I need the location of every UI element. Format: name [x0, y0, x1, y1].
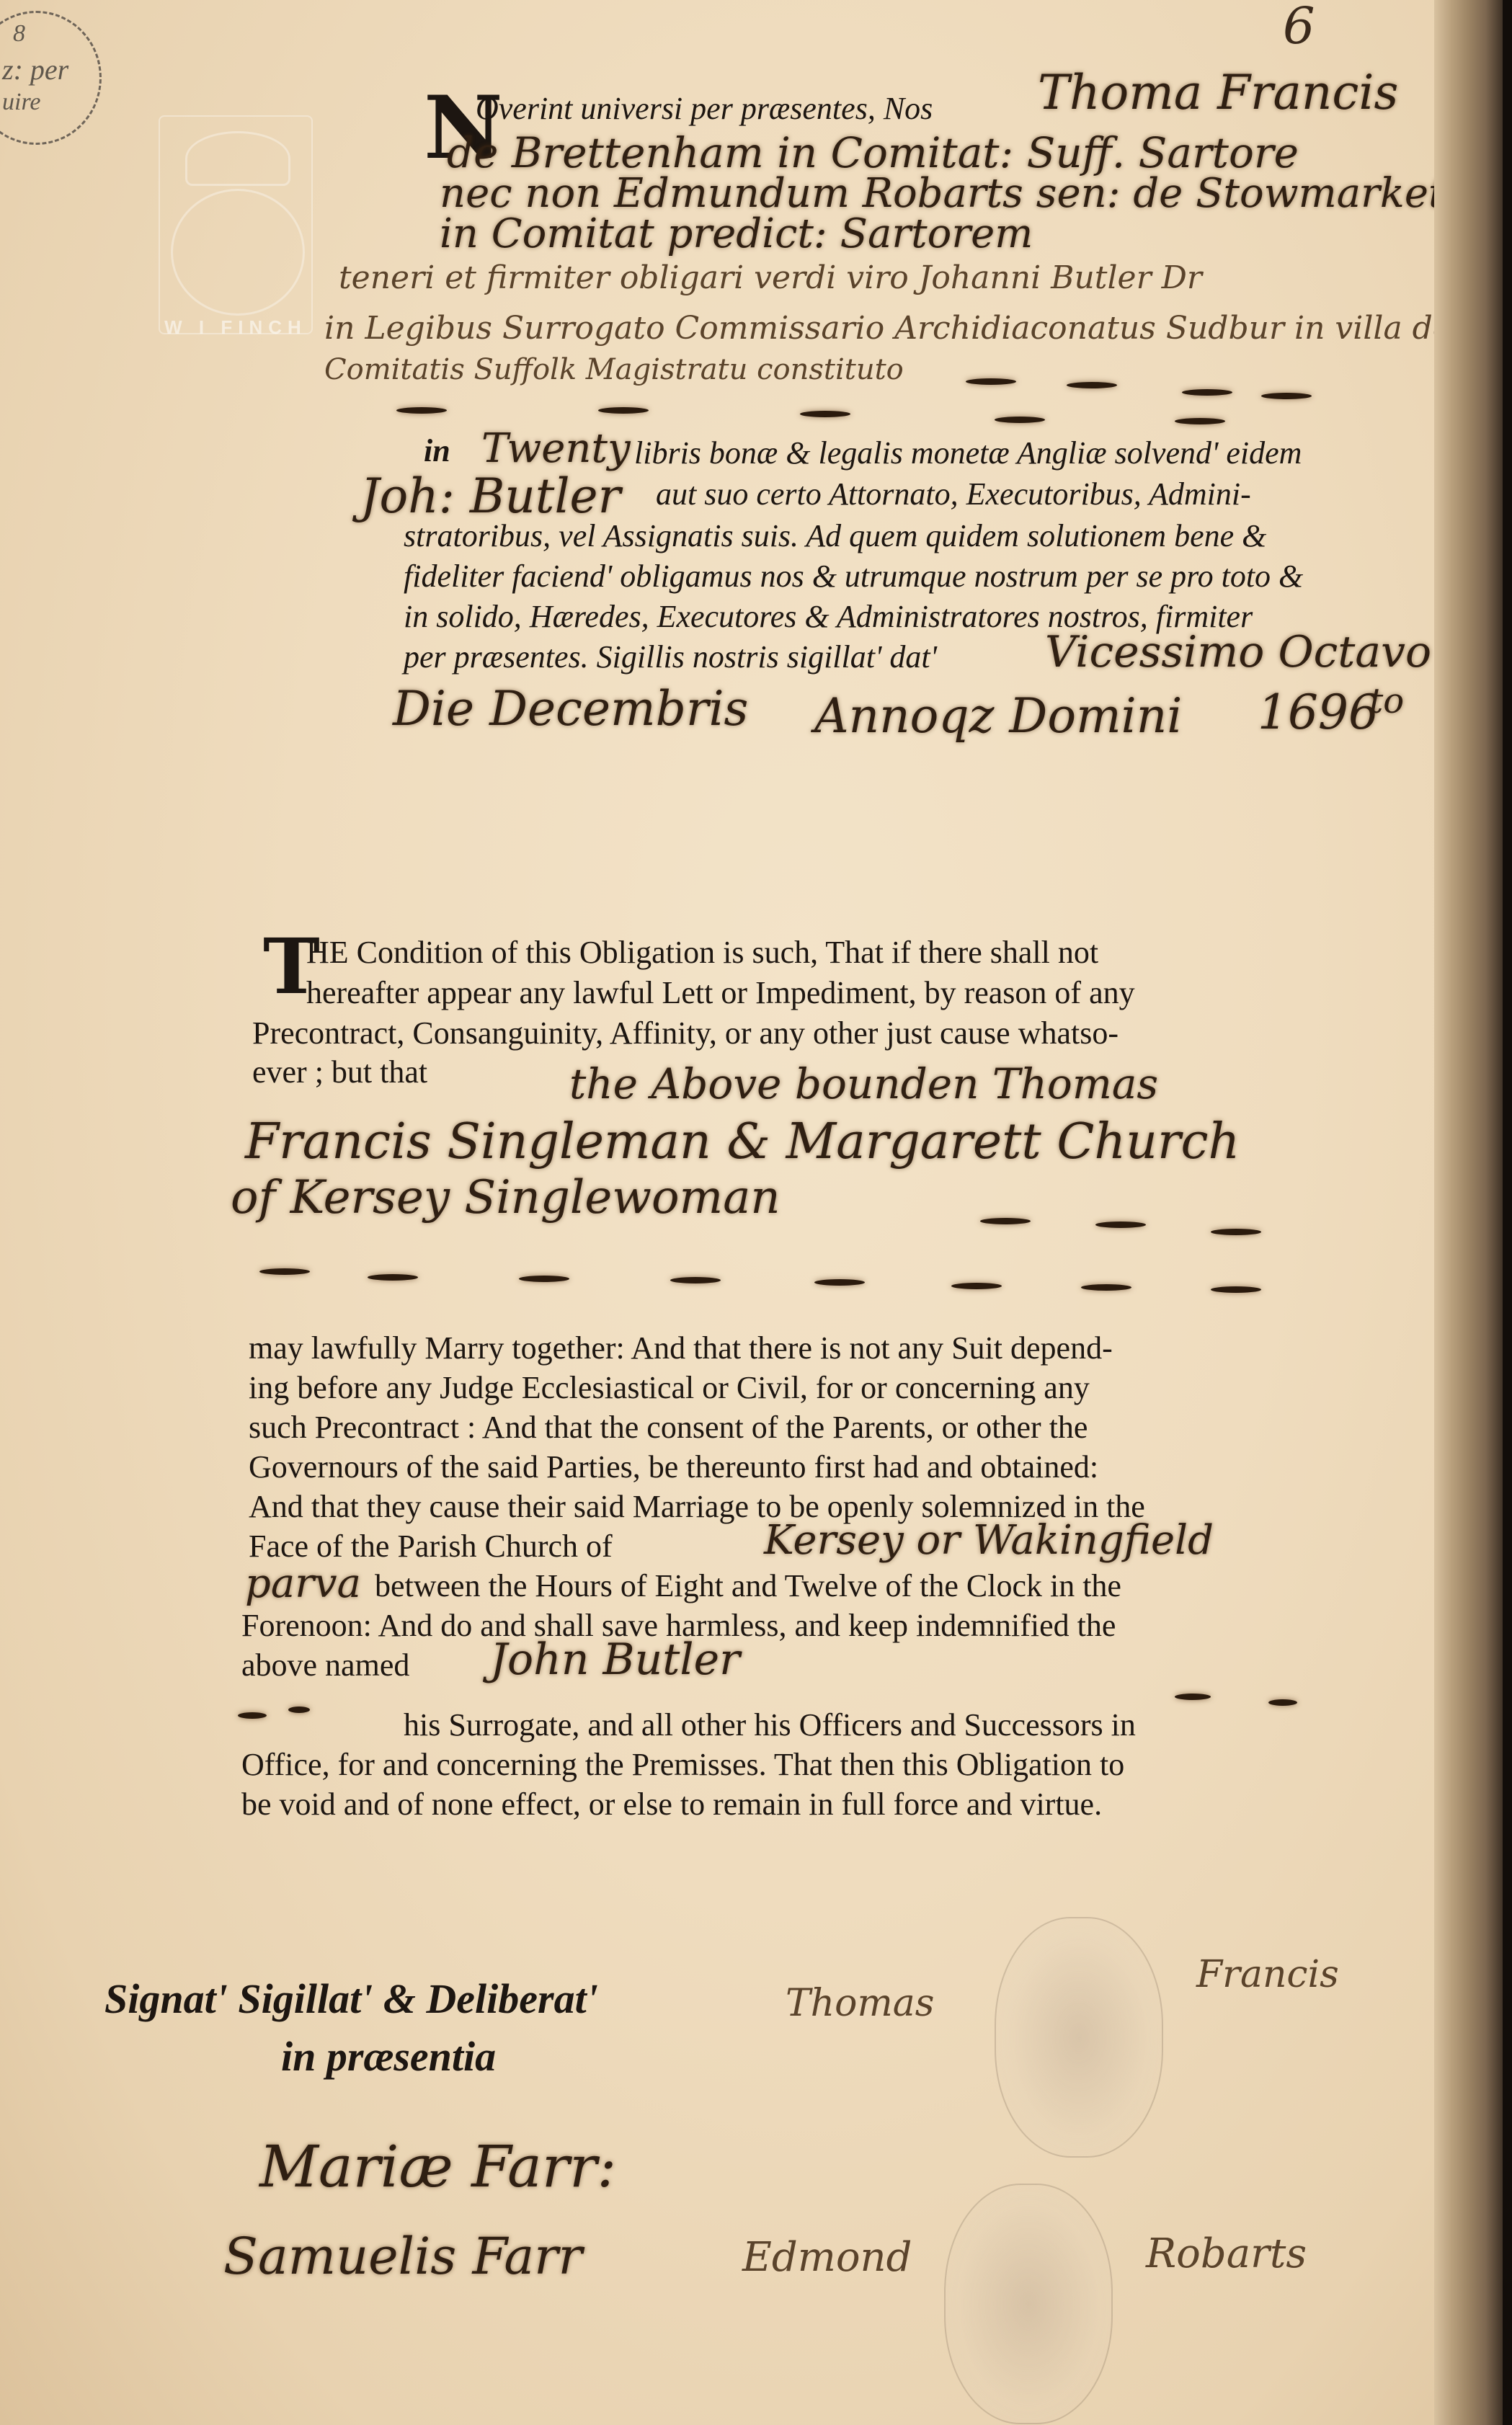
archive-stamp: 8 z: per uire	[0, 11, 102, 145]
attestation-line-2: in præsentia	[281, 2032, 496, 2081]
condition-closing-2: Office, for and concerning the Premisses…	[241, 1746, 1124, 1783]
latin-in: in	[424, 432, 450, 469]
wax-seal-impression-1	[995, 1917, 1163, 2158]
latin-line-3: stratoribus, vel Assignatis suis. Ad que…	[404, 517, 1266, 554]
condition-line-2: hereafter appear any lawful Lett or Impe…	[306, 974, 1135, 1011]
witness-2: Samuelis Farr	[223, 2227, 582, 2286]
embossed-revenue-stamp: W I FINCH	[159, 115, 313, 334]
condition-line-3: Precontract, Consanguinity, Affinity, or…	[252, 1015, 1119, 1051]
latin-line-6: per præsentes. Sigillis nostris sigillat…	[404, 638, 937, 675]
document-page: 8 z: per uire W I FINCH 6 N Overint univ…	[0, 0, 1449, 2425]
handwritten-parties-1: the Above bounden Thomas	[569, 1059, 1158, 1108]
rose-seal-icon	[171, 189, 305, 316]
handwritten-parish: Kersey or Wakingfield	[764, 1517, 1214, 1564]
latin-line-2: aut suo certo Attornato, Executoribus, A…	[656, 476, 1251, 512]
condition-closing-1: his Surrogate, and all other his Officer…	[404, 1707, 1136, 1743]
attestation-line-1: Signat' Sigillat' & Deliberat'	[104, 1975, 598, 2023]
stamp-line-1: 8	[13, 20, 25, 48]
condition-closing-3: be void and of none effect, or else to r…	[241, 1786, 1102, 1823]
condition-line-1: HE Condition of this Obligation is such,…	[306, 934, 1098, 971]
binding-shadow	[1503, 0, 1512, 2425]
signature-last-1: Francis	[1196, 1953, 1339, 1996]
condition-body-3: such Precontract : And that the consent …	[249, 1409, 1088, 1446]
stamp-line-3: uire	[2, 89, 41, 116]
crown-icon	[185, 131, 290, 186]
handwritten-clause-1: teneri et firmiter obligari verdi viro J…	[339, 259, 1202, 296]
handwritten-parties-2: Francis Singleman & Margarett Church	[245, 1113, 1240, 1170]
condition-body-1: may lawfully Marry together: And that th…	[249, 1330, 1113, 1366]
handwritten-parish-suffix: parva	[245, 1560, 361, 1607]
signature-first-2: Edmond	[742, 2234, 912, 2281]
handwritten-year: 1696	[1258, 685, 1379, 740]
latin-line-1: libris bonæ & legalis monetæ Angliæ solv…	[634, 435, 1302, 471]
latin-intro: Overint universi per præsentes, Nos	[476, 90, 933, 127]
folio-number: 6	[1283, 0, 1315, 55]
wax-seal-impression-2	[944, 2184, 1113, 2424]
handwritten-year-phrase: Annoqz Domini	[814, 688, 1182, 744]
condition-body-2: ing before any Judge Ecclesiastical or C…	[249, 1369, 1090, 1406]
condition-body-4: Governours of the said Parties, be there…	[249, 1449, 1098, 1485]
condition-above-named: above named	[241, 1647, 409, 1683]
handwritten-day: Vicessimo Octavo	[1045, 627, 1431, 677]
signature-last-2: Robarts	[1146, 2230, 1307, 2277]
witness-1: Mariæ Farr:	[259, 2133, 616, 2200]
handwritten-sum: Twenty	[481, 425, 631, 472]
signature-first-1: Thomas	[786, 1982, 934, 2025]
handwritten-year-suffix: to	[1369, 681, 1404, 721]
handwritten-clause-3: Comitatis Suffolk Magistratu constituto	[324, 353, 904, 386]
handwritten-obligee-2: John Butler	[490, 1634, 740, 1685]
condition-line-4: ever ; but that	[252, 1054, 427, 1090]
emboss-label: W I FINCH	[160, 316, 311, 339]
handwritten-day-month: Die Decembris	[393, 681, 748, 737]
handwritten-obligee: Joh: Butler	[360, 468, 621, 524]
page-edge	[1434, 0, 1503, 2425]
handwritten-parties-3: of Kersey Singlewoman	[231, 1171, 781, 1224]
handwritten-principal-1: Thoma Francis	[1038, 65, 1398, 120]
handwritten-clause-2: in Legibus Surrogato Commissario Archidi…	[324, 310, 1512, 347]
latin-line-4: fideliter faciend' obligamus nos & utrum…	[404, 558, 1303, 595]
condition-hours: between the Hours of Eight and Twelve of…	[375, 1567, 1121, 1604]
stamp-line-2: z: per	[2, 53, 68, 86]
condition-body-6: Face of the Parish Church of	[249, 1528, 613, 1565]
handwritten-principal-4: in Comitat predict: Sartorem	[440, 210, 1033, 257]
